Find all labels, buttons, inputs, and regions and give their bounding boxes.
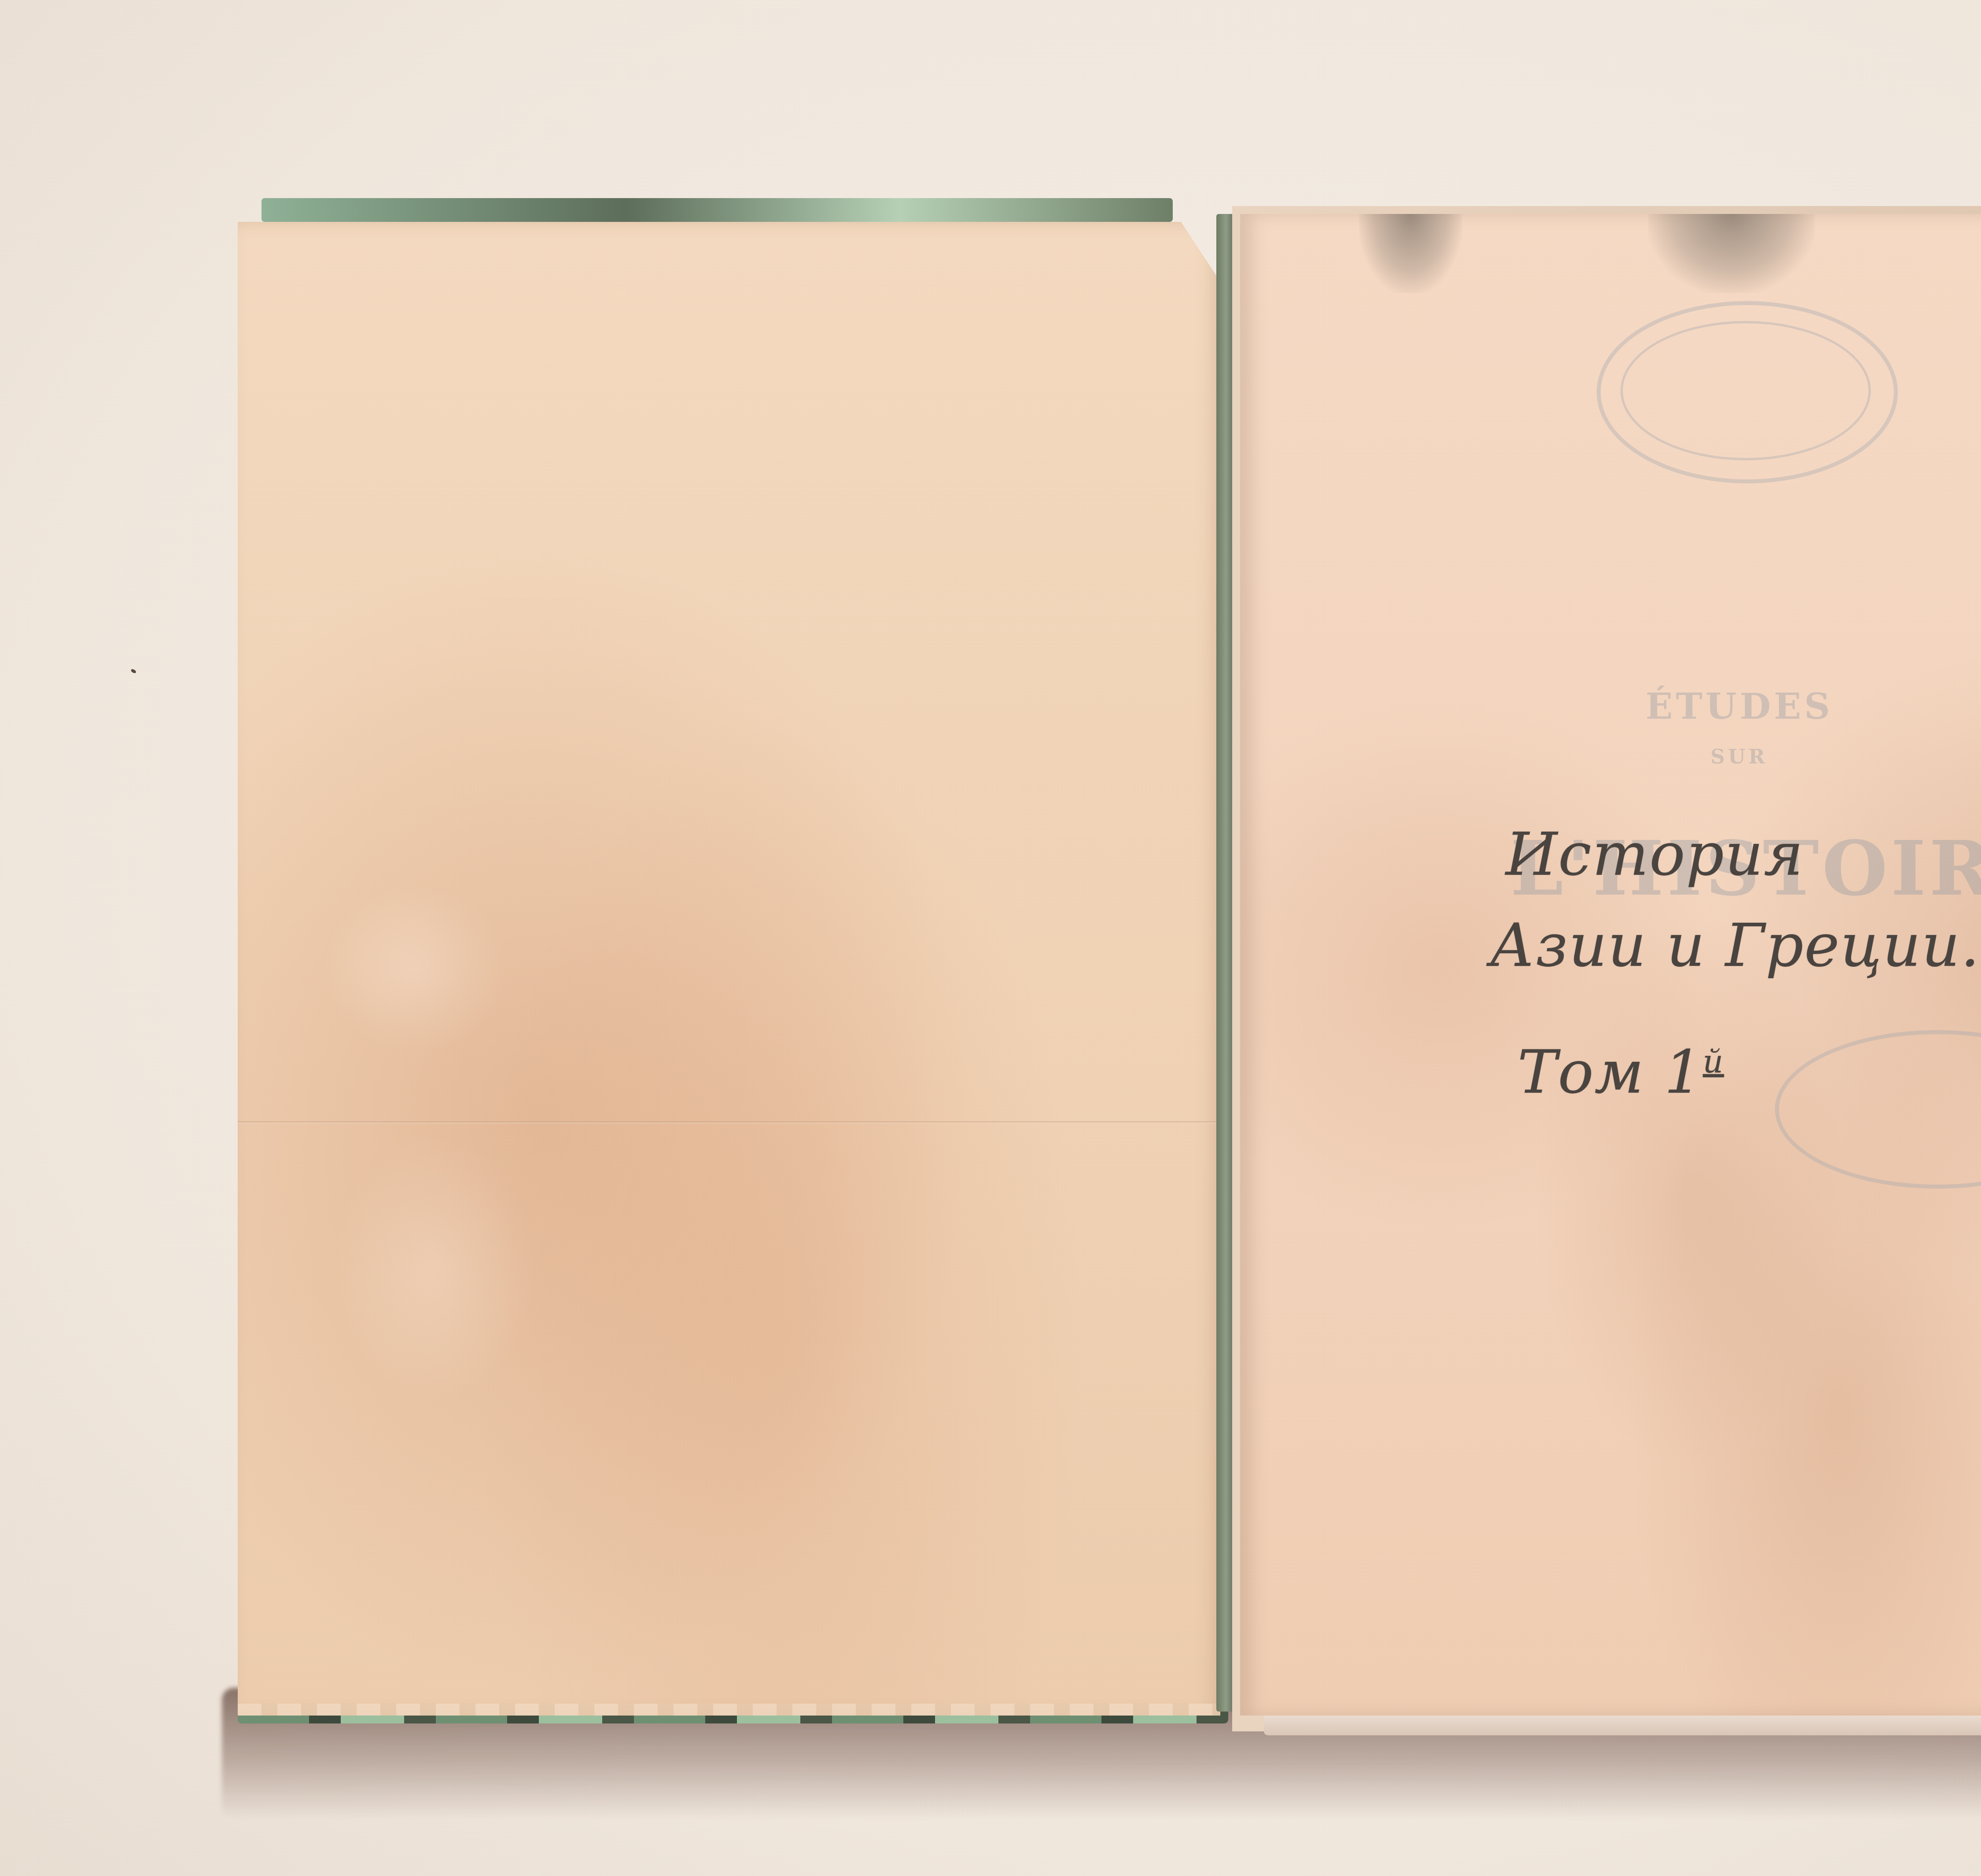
foxing-stain (1359, 214, 1462, 293)
page-layers-bottom (1264, 1716, 1981, 1735)
handwritten-volume-number: Том 1 (1517, 1038, 1703, 1107)
handwritten-volume-line: Том 1й (1517, 1038, 1724, 1107)
handwritten-title-line2: Азии и Греции. (1490, 911, 1980, 980)
show-through-sur: SUR (1240, 745, 1981, 768)
foxing-stain (1648, 214, 1815, 293)
library-stamp-top-inner (1620, 321, 1871, 460)
left-page-blank (238, 222, 1220, 1716)
handwritten-title-line1: История (1506, 820, 1804, 889)
page-fold-crease (238, 1121, 1220, 1124)
handwritten-volume-suffix: й (1703, 1043, 1724, 1080)
green-cover-top-edge (261, 198, 1173, 222)
show-through-etudes: ÉTUDES (1240, 685, 1981, 727)
